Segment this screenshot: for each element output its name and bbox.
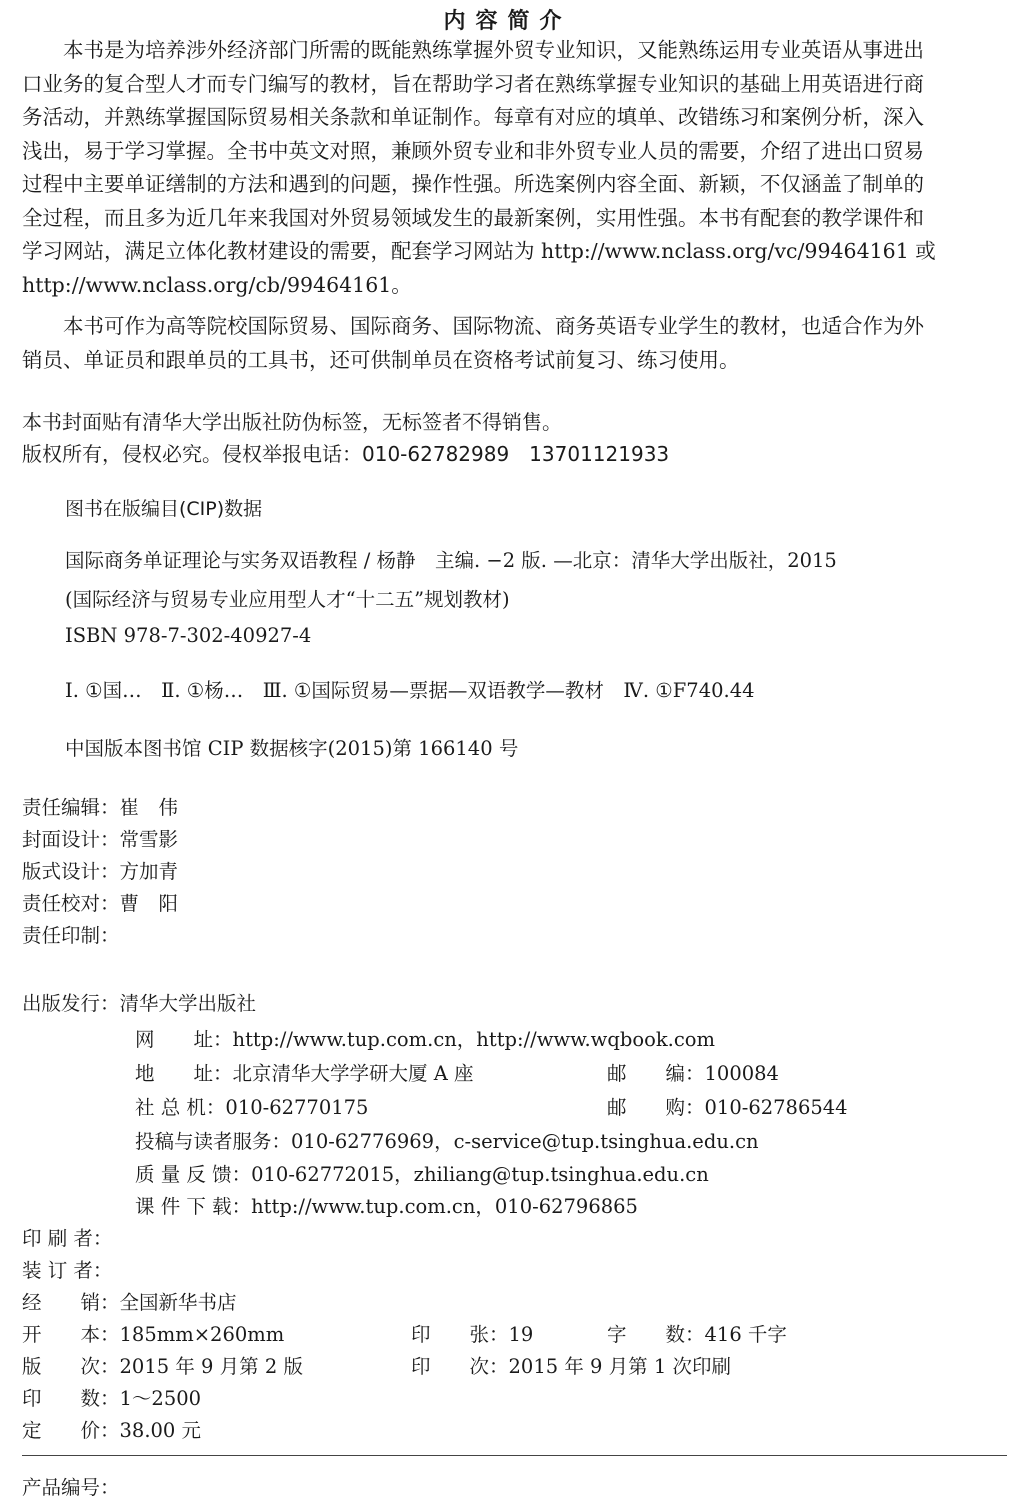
summary-line: 全过程，而且多为近几年来我国对外贸易领域发生的最新案例，实用性强。本书有配套的教… bbox=[22, 202, 1007, 236]
switchboard-label: 社 总 机： bbox=[135, 1096, 225, 1119]
cip-title-line: 国际商务单证理论与实务双语教程 / 杨静 主编. −2 版. —北京：清华大学出… bbox=[65, 545, 837, 573]
sheets-label: 印 张： bbox=[411, 1323, 509, 1346]
postcode-value: 100084 bbox=[705, 1062, 779, 1085]
impression-line: 印 次：2015 年 9 月第 1 次印刷 bbox=[411, 1351, 731, 1379]
page-title: 内容简介 bbox=[0, 4, 1015, 35]
product-code-label: 产品编号： bbox=[22, 1472, 120, 1500]
summary-paragraph-2: 本书可作为高等院校国际贸易、国际商务、国际物流、商务英语专业学生的教材，也适合作… bbox=[22, 310, 1007, 377]
binder-label: 装 订 者： bbox=[22, 1255, 112, 1283]
copyright-notice: 版权所有，侵权必究。侵权举报电话：010-62782989 1370112193… bbox=[22, 438, 669, 471]
summary-line: 本书可作为高等院校国际贸易、国际商务、国际物流、商务英语专业学生的教材，也适合作… bbox=[22, 310, 1007, 344]
address-label: 地 址： bbox=[135, 1062, 233, 1085]
staff-label: 责任校对： bbox=[22, 892, 120, 915]
address-value: 北京清华大学学研大厦 A 座 bbox=[233, 1062, 474, 1085]
distributor-line: 经 销：全国新华书店 bbox=[22, 1287, 237, 1315]
summary-line: 浅出，易于学习掌握。全书中英文对照，兼顾外贸专业和非外贸专业人员的需要，介绍了进… bbox=[22, 135, 1007, 169]
divider-line bbox=[22, 1455, 1007, 1456]
publisher-website: 网 址：http://www.tup.com.cn，http://www.wqb… bbox=[135, 1024, 715, 1052]
cip-series-line: (国际经济与贸易专业应用型人才“十二五”规划教材) bbox=[65, 584, 510, 612]
summary-line: http://www.nclass.org/cb/99464161。 bbox=[22, 269, 1007, 303]
publisher-reader-service: 投稿与读者服务：010-62776969，c-service@tup.tsing… bbox=[135, 1126, 759, 1154]
publisher-label: 出版发行： bbox=[22, 992, 120, 1015]
impression-label: 印 次： bbox=[411, 1355, 509, 1378]
staff-label: 责任编辑： bbox=[22, 796, 120, 819]
quality-feedback-label: 质 量 反 馈： bbox=[135, 1163, 251, 1186]
summary-line: 口业务的复合型人才而专门编写的教材，旨在帮助学习者在熟练掌握专业知识的基础上用英… bbox=[22, 68, 1007, 102]
summary-line: 销员、单证员和跟单员的工具书，还可供制单员在资格考试前复习、练习使用。 bbox=[22, 344, 1007, 378]
website-label: 网 址： bbox=[135, 1028, 233, 1051]
impression-value: 2015 年 9 月第 1 次印刷 bbox=[509, 1355, 731, 1378]
price-line: 定 价：38.00 元 bbox=[22, 1415, 201, 1443]
summary-line: 过程中主要单证缮制的方法和遇到的问题，操作性强。所选案例内容全面、新颖，不仅涵盖… bbox=[22, 168, 1007, 202]
quality-feedback-value: 010-62772015，zhiliang@tup.tsinghua.edu.c… bbox=[251, 1163, 709, 1186]
reader-service-value: 010-62776969，c-service@tup.tsinghua.edu.… bbox=[291, 1130, 759, 1153]
format-line: 开 本：185mm×260mm bbox=[22, 1319, 284, 1347]
publisher-quality-feedback: 质 量 反 馈：010-62772015，zhiliang@tup.tsingh… bbox=[135, 1159, 709, 1187]
publisher-mail-order: 邮 购：010-62786544 bbox=[607, 1092, 848, 1120]
publisher-name: 清华大学出版社 bbox=[120, 992, 257, 1015]
cip-classification: Ⅰ. ①国… Ⅱ. ①杨… Ⅲ. ①国际贸易—票据—双语教学—教材 Ⅳ. ①F7… bbox=[65, 675, 755, 703]
sheets-line: 印 张：19 bbox=[411, 1319, 533, 1347]
staff-value: 常雪影 bbox=[120, 828, 179, 851]
edition-label: 版 次： bbox=[22, 1355, 120, 1378]
reader-service-label: 投稿与读者服务： bbox=[135, 1130, 291, 1153]
print-run-value: 1～2500 bbox=[120, 1387, 202, 1410]
edition-value: 2015 年 9 月第 2 版 bbox=[120, 1355, 303, 1378]
mail-order-value: 010-62786544 bbox=[705, 1096, 848, 1119]
word-count-value: 416 千字 bbox=[705, 1323, 787, 1346]
print-run-label: 印 数： bbox=[22, 1387, 120, 1410]
cip-heading: 图书在版编目(CIP)数据 bbox=[65, 494, 262, 521]
postcode-label: 邮 编： bbox=[607, 1062, 705, 1085]
staff-value: 方加青 bbox=[120, 860, 179, 883]
summary-line: 务活动，并熟练掌握国际贸易相关条款和单证制作。每章有对应的填单、改错练习和案例分… bbox=[22, 101, 1007, 135]
cip-record-number: 中国版本图书馆 CIP 数据核字(2015)第 166140 号 bbox=[65, 733, 518, 761]
word-count-label: 字 数： bbox=[607, 1323, 705, 1346]
staff-label: 版式设计： bbox=[22, 860, 120, 883]
publisher-line: 出版发行：清华大学出版社 bbox=[22, 988, 256, 1016]
publisher-postcode: 邮 编：100084 bbox=[607, 1058, 779, 1086]
distributor-label: 经 销： bbox=[22, 1291, 120, 1314]
staff-label: 责任印制： bbox=[22, 924, 120, 947]
word-count-line: 字 数：416 千字 bbox=[607, 1319, 787, 1347]
summary-line: 本书是为培养涉外经济部门所需的既能熟练掌握外贸专业知识，又能熟练运用专业英语从事… bbox=[22, 34, 1007, 68]
publisher-switchboard: 社 总 机：010-62770175 bbox=[135, 1092, 368, 1120]
courseware-value: http://www.tup.com.cn，010-62796865 bbox=[251, 1195, 638, 1218]
sheets-value: 19 bbox=[509, 1323, 534, 1346]
mail-order-label: 邮 购： bbox=[607, 1096, 705, 1119]
summary-paragraph-1: 本书是为培养涉外经济部门所需的既能熟练掌握外贸专业知识，又能熟练运用专业英语从事… bbox=[22, 34, 1007, 302]
print-run-line: 印 数：1～2500 bbox=[22, 1383, 201, 1411]
staff-label: 封面设计： bbox=[22, 828, 120, 851]
printer-label: 印 刷 者： bbox=[22, 1223, 112, 1251]
staff-value: 崔 伟 bbox=[120, 796, 179, 819]
price-label: 定 价： bbox=[22, 1419, 120, 1442]
format-label: 开 本： bbox=[22, 1323, 120, 1346]
courseware-label: 课 件 下 载： bbox=[135, 1195, 251, 1218]
publisher-address: 地 址：北京清华大学学研大厦 A 座 bbox=[135, 1058, 474, 1086]
staff-value: 曹 阳 bbox=[120, 892, 179, 915]
distributor-value: 全国新华书店 bbox=[120, 1291, 237, 1314]
staff-credits: 责任编辑：崔 伟 封面设计：常雪影 版式设计：方加青 责任校对：曹 阳 责任印制… bbox=[22, 792, 178, 952]
price-value: 38.00 元 bbox=[120, 1419, 202, 1442]
edition-line: 版 次：2015 年 9 月第 2 版 bbox=[22, 1351, 303, 1379]
format-value: 185mm×260mm bbox=[120, 1323, 285, 1346]
cip-isbn: ISBN 978-7-302-40927-4 bbox=[65, 624, 311, 647]
anti-counterfeit-notice: 本书封面贴有清华大学出版社防伪标签，无标签者不得销售。 bbox=[22, 406, 562, 439]
website-value: http://www.tup.com.cn，http://www.wqbook.… bbox=[233, 1028, 715, 1051]
switchboard-value: 010-62770175 bbox=[225, 1096, 368, 1119]
summary-line: 学习网站，满足立体化教材建设的需要，配套学习网站为 http://www.ncl… bbox=[22, 235, 1007, 269]
publisher-courseware-download: 课 件 下 载：http://www.tup.com.cn，010-627968… bbox=[135, 1191, 638, 1219]
